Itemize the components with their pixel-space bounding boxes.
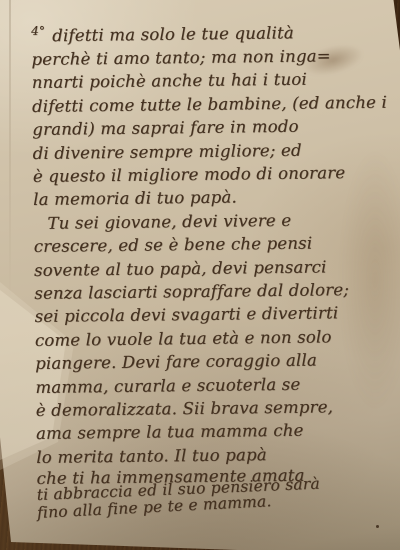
letter-line: 4°difetti ma solo le tue qualità — [31, 16, 391, 48]
letter-line: è questo il migliore modo di onorare — [33, 161, 393, 189]
letter-line: senza lasciarti sopraffare dal dolore; — [34, 278, 394, 306]
paper-crease — [9, 0, 11, 300]
page-marker: 4° — [31, 24, 45, 38]
photograph-background: 4°difetti ma solo le tue qualità perchè … — [0, 0, 400, 550]
paper-fleck — [376, 525, 379, 528]
letter-line: difetti come tutte le bambine, (ed anche… — [32, 90, 392, 118]
letter-line-text: difetti ma solo le tue qualità — [52, 23, 294, 45]
letter-text: 4°difetti ma solo le tue qualità perchè … — [31, 16, 397, 526]
